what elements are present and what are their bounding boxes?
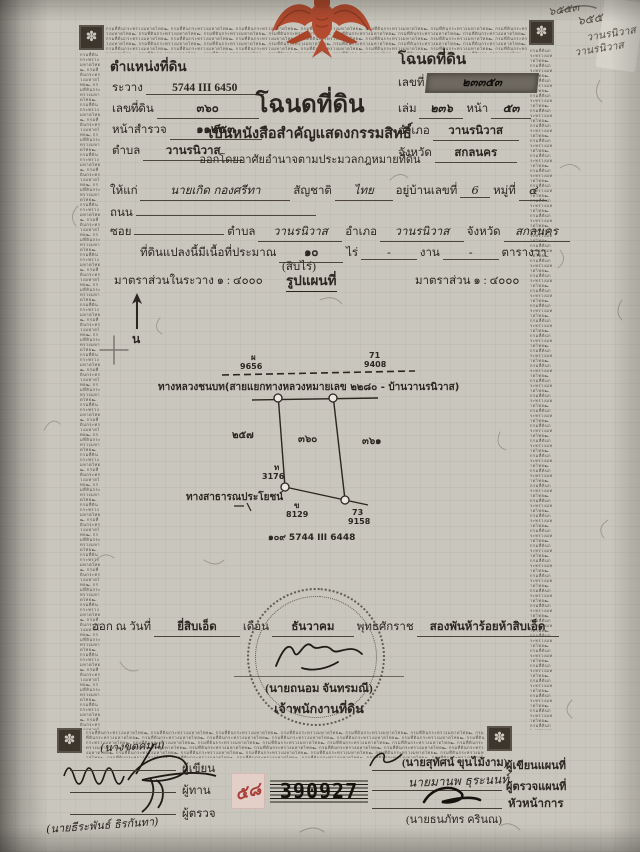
nationality-value: ไทย: [335, 182, 393, 201]
ravang-label: ระวาง: [112, 82, 143, 94]
address-no: 6: [460, 183, 490, 198]
survey-map: ผ 9656 71 9408 ทางหลวงชนบท(สายแยกทางหลวง…: [150, 348, 480, 548]
garuda-emblem: [266, 0, 378, 60]
writer-line: [70, 770, 176, 771]
land-title-deed-photo: กรมที่ดินกระทรวงมหาดไทย๛ กรมที่ดินกระทรว…: [0, 0, 640, 852]
rai-label: ไร่: [346, 247, 358, 259]
annotation-line: ๖๕๕๓: [547, 0, 581, 20]
chief-line: [372, 808, 502, 809]
adjacent-parcel-right: ๓๖๑: [362, 436, 382, 447]
scale-in-sheet: มาตราส่วนในระวาง ๑ : ๔๐๐๐: [114, 272, 263, 290]
owner-amphoe-value: วานรนิวาส: [380, 223, 464, 242]
serial-number-value: 390927: [280, 779, 358, 803]
map-inspector-label: ผู้ตรวจแผนที่: [506, 777, 566, 795]
red-code-value: ๕๘: [232, 775, 264, 807]
border-corner-medallion-tl: ✽: [79, 25, 104, 50]
area-wa-value: -: [443, 247, 499, 260]
seal-signature-line: [234, 676, 404, 677]
map-writer-name: (นายสุทัศน์ ขุนไม้งาม): [402, 753, 507, 771]
boundary-marker-sw: [281, 483, 289, 491]
chief-signature: [420, 786, 484, 810]
parcel-north-boundary: [252, 398, 378, 400]
marker-sw-number: 3176: [262, 472, 285, 481]
north-label: น: [132, 332, 141, 345]
area-ngan-value: -: [361, 247, 417, 260]
map-point-b-number: 9408: [364, 360, 387, 369]
grantee-row: ให้แก่ นายเกิด กองศรีทา สัญชาติ ไทย อยู่…: [110, 182, 547, 201]
owner-amphoe-label: อำเภอ: [345, 226, 377, 238]
survey-check-marks: ✓✓: [127, 106, 142, 116]
issue-day: ยี่สิบเอ็ด: [154, 618, 240, 637]
border-corner-medallion-tr: ✽: [529, 20, 554, 45]
deed-block-title: โฉนดที่ดิน: [398, 47, 466, 71]
nationality-label: สัญชาติ: [293, 185, 332, 197]
border-corner-medallion-br: ✽: [487, 726, 512, 751]
this-parcel-number: ๓๖๐: [298, 434, 317, 445]
adjacent-parcel-left: ๒๕๗: [232, 430, 254, 441]
boundary-marker-nw: [274, 394, 282, 402]
issue-prefix: ออก ณ วันที่: [92, 621, 151, 633]
map-figure-title: รูปแผนที่: [286, 269, 337, 292]
moo-label: หมู่ที่: [493, 185, 516, 197]
registrar-name: (นายถนอม จันทรมณี): [230, 680, 408, 698]
soi-label: ซอย: [110, 226, 131, 238]
inspector-label: ผู้ตรวจ: [182, 805, 216, 823]
public-way-label: ทางสาธารณประโยชน์: [186, 490, 283, 503]
owner-tambon-value: วานรนิวาส: [258, 223, 342, 242]
area-label: ที่ดินแปลงนี้มีเนื้อที่ประมาณ: [140, 247, 276, 259]
deed-heading: โฉนดที่ดิน: [200, 84, 420, 123]
marker-se-top: 73: [352, 508, 363, 517]
parcel-east-boundary: [333, 395, 345, 500]
map-sheet-reference: ๑๐๙ 5744 III 6448: [268, 533, 355, 543]
moo-value: ๔: [519, 182, 547, 201]
boundary-marker-se: [341, 496, 349, 504]
grantee-label: ให้แก่: [110, 185, 138, 197]
owner-name: นายเกิด กองศรีทา: [140, 182, 290, 201]
map-point-b-top: 71: [369, 351, 381, 360]
marker-s-number: 8129: [286, 510, 309, 519]
page-value: ๕๓: [491, 100, 531, 119]
address-label: อยู่บ้านเลขที่: [396, 185, 458, 197]
volume-value: ๒๓๖: [419, 100, 463, 119]
deed-number-value: ๒๓๓๕๓: [426, 74, 538, 92]
tambon-label: ตำบล: [112, 145, 140, 157]
road-label: ถนน: [110, 207, 133, 219]
chief-name: (นายธนภัทร ครินณ): [406, 810, 502, 828]
public-way-tick: [234, 503, 251, 511]
marker-sw-letter: ท: [274, 463, 279, 472]
road-blank: [136, 215, 316, 216]
map-point-a-letter: ผ: [251, 353, 256, 362]
soi-row: ซอย ตำบล วานรนิวาส อำเภอ วานรนิวาส จังหว…: [110, 223, 570, 242]
road-centerline: [222, 371, 415, 375]
reviewer-label: ผู้ทาน: [182, 782, 211, 800]
registrar-title: เจ้าพนักงานที่ดิน: [240, 699, 398, 719]
issue-year: สองพันห้าร้อยห้าสิบเอ็ด: [417, 618, 559, 637]
registrar-signature: [272, 634, 368, 676]
marker-se-number: 9158: [348, 517, 371, 526]
wa-label: ตารางวา: [502, 247, 547, 259]
map-scale: มาตราส่วน ๑ : ๔๐๐๐: [415, 272, 519, 290]
road-row: ถนน: [110, 204, 316, 222]
chief-label: หัวหน้าการ: [508, 795, 564, 813]
owner-tambon-label: ตำบล: [227, 226, 255, 238]
writer-label: ผู้เขียน: [182, 760, 215, 778]
map-writer-label: ผู้เขียนแผนที่: [506, 756, 566, 774]
soi-blank: [134, 234, 224, 235]
owner-province-label: จังหวัด: [467, 226, 501, 238]
boundary-marker-ne: [329, 394, 337, 402]
page-label: หน้า: [466, 103, 488, 115]
marker-s-letter: ข: [294, 501, 299, 510]
red-code-stamp: ๕๘: [232, 774, 264, 808]
north-arrow-icon: น: [124, 293, 150, 345]
position-block-title: ตำแหน่งที่ดิน: [110, 55, 187, 77]
serial-number-stamp: 390927: [270, 778, 368, 804]
deed-subheading: เป็นหนังสือสำคัญแสดงกรรมสิทธิ์: [150, 122, 470, 145]
road-name-label: ทางหลวงชนบท(สายแยกทางหลวงหมายเลข ๒๒๘๐ - …: [158, 381, 459, 393]
owner-province-value: สกลนคร: [504, 223, 570, 242]
map-point-a-number: 9656: [240, 362, 263, 371]
reviewer-line: [70, 792, 176, 793]
ngan-label: งาน: [420, 247, 440, 259]
deed-authority-line: ออกโดยอาศัยอำนาจตามประมวลกฎหมายที่ดิน: [170, 150, 450, 168]
area-row: ที่ดินแปลงนี้มีเนื้อที่ประมาณ ๑๐ ไร่ - ง…: [140, 244, 547, 263]
